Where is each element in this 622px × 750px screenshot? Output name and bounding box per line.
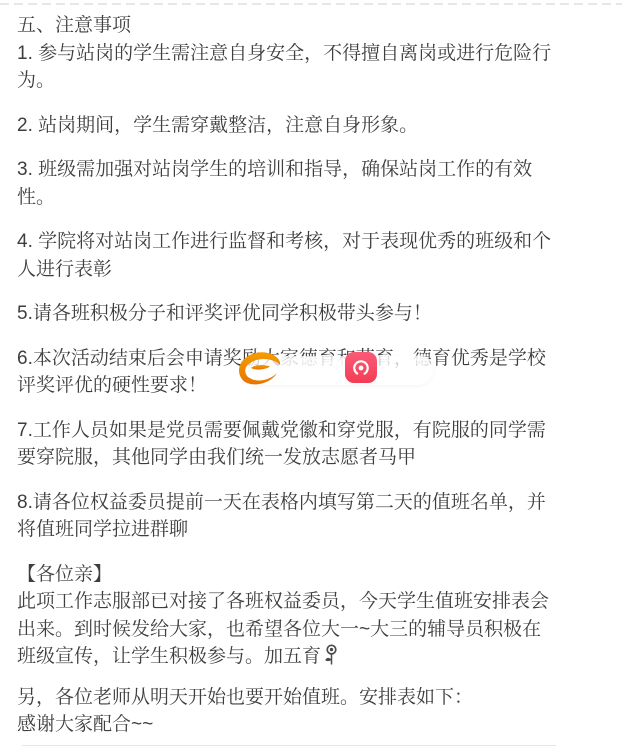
notice-item-8: 8.请各位权益委员提前一天在表格内填写第二天的值班名单，并 将值班同学拉进群聊: [17, 489, 592, 544]
dear-all-paragraph: 【各位亲】 此项工作志服部已对接了各班权益委员，今天学生值班安排表会 出来。到时…: [17, 561, 592, 674]
notice-item-5: 5.请各班积极分子和评奖评优同学积极带头参与！: [17, 300, 592, 328]
notice-item-6: 6.本次活动结束后会申请奖励大家德育和劳育，德育优秀是学校 评奖评优的硬性要求！: [17, 345, 592, 400]
dear-all-text: 【各位亲】 此项工作志服部已对接了各班权益委员，今天学生值班安排表会 出来。到时…: [17, 564, 549, 668]
section-title-and-item-1: 五、注意事项 1. 参与站岗的学生需注意自身安全，不得擅自离岗或进行危险行 为。: [17, 12, 592, 95]
rose-icon: [324, 644, 339, 674]
notice-item-7: 7.工作人员如果是党员需要佩戴党徽和穿党服，有院服的同学需 要穿院服，其他同学由…: [17, 417, 592, 472]
closing-paragraph: 另，各位老师从明天开始也要开始值班。安排表如下： 感谢大家配合~~: [17, 684, 592, 739]
article-body: 五、注意事项 1. 参与站岗的学生需注意自身安全，不得擅自离岗或进行危险行 为。…: [0, 0, 622, 739]
bottom-divider: [22, 745, 556, 746]
notice-item-3: 3. 班级需加强对站岗学生的培训和指导，确保站岗工作的有效 性。: [17, 156, 592, 211]
notice-item-2: 2. 站岗期间，学生需穿戴整洁，注意自身形象。: [17, 112, 592, 140]
notice-item-4: 4. 学院将对站岗工作进行监督和考核，对于表现优秀的班级和个 人进行表彰: [17, 228, 592, 283]
